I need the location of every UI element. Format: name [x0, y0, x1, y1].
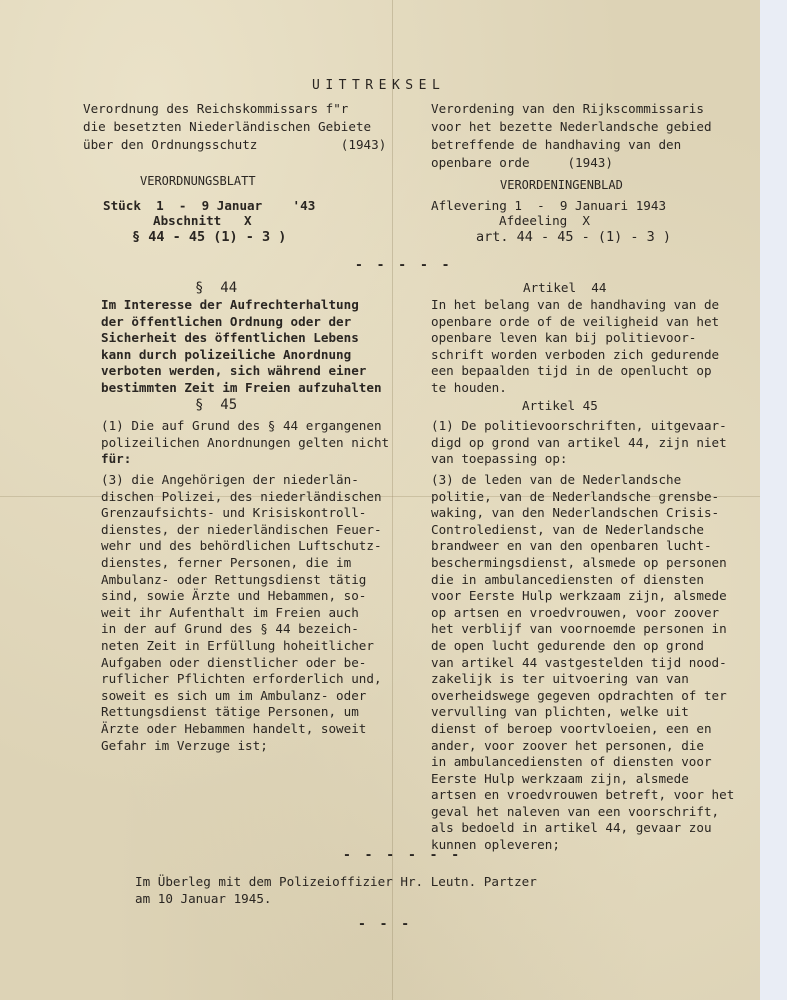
text-line: polizeilichen Anordnungen gelten nicht: [101, 435, 389, 452]
dutch-intro-line: betreffende de handhaving van den: [431, 136, 712, 154]
german-gazette-title: VERORDNUNGSBLATT: [140, 174, 256, 188]
text-line: beschermingsdienst, alsmede op personen: [431, 555, 734, 572]
german-gazette-line: Stück 1 - 9 Januar '43: [103, 198, 315, 213]
german-section45-p3: (3) die Angehörigen der niederlän- disch…: [101, 472, 382, 754]
dutch-gazette-title: VERORDENINGENBLAD: [500, 178, 623, 192]
text-line: van toepassing op:: [431, 451, 727, 468]
text-line: der öffentlichen Ordnung oder der: [101, 314, 382, 331]
text-line: artsen en vroedvrouwen betreft, voor het: [431, 787, 734, 804]
text-line: Grenzaufsichts- und Krisiskontroll-: [101, 505, 382, 522]
dutch-intro: Verordening van den Rijkscommissaris voo…: [431, 100, 712, 172]
text-line: weit ihr Aufenthalt im Freien auch: [101, 605, 382, 622]
text-line: in der auf Grund des § 44 bezeich-: [101, 621, 382, 638]
text-line: de open lucht gedurende den op grond: [431, 638, 734, 655]
text-line: dischen Polizei, des niederländischen: [101, 489, 382, 506]
text-line: bestimmten Zeit im Freien aufzuhalten: [101, 380, 382, 397]
text-line: Ambulanz- oder Rettungsdienst tätig: [101, 572, 382, 589]
text-line: een bepaalden tijd in de openlucht op: [431, 363, 719, 380]
german-section44-text: Im Interesse der Aufrechterhaltung der ö…: [101, 297, 382, 397]
dutch-gazette-line: Afdeeling X: [499, 213, 590, 228]
document-title: UITTREKSEL: [312, 78, 445, 93]
text-line: dienstes, der niederländischen Feuer-: [101, 522, 382, 539]
german-section45-heading: § 45: [195, 397, 237, 413]
text-line: waking, van den Nederlandschen Crisis-: [431, 505, 734, 522]
text-line: digd op grond van artikel 44, zijn niet: [431, 435, 727, 452]
text-line: ander, voor zoover het personen, die: [431, 738, 734, 755]
text-line: (3) die Angehörigen der niederlän-: [101, 472, 382, 489]
german-intro-line: über den Ordnungsschutz (1943): [83, 136, 386, 154]
text-line: Ärzte oder Hebammen handelt, soweit: [101, 721, 382, 738]
footer-note: Im Überleg mit dem Polizeioffizier Hr. L…: [135, 874, 537, 907]
text-line: voor Eerste Hulp werkzaam zijn, alsmede: [431, 588, 734, 605]
text-line: am 10 Januar 1945.: [135, 891, 537, 908]
text-line: Aufgaben oder dienstlicher oder be-: [101, 655, 382, 672]
text-line: overheidswege gegeven opdrachten of ter: [431, 688, 734, 705]
text-line: Gefahr im Verzuge ist;: [101, 738, 382, 755]
german-intro-line: die besetzten Niederländischen Gebiete: [83, 118, 386, 136]
text-line: verboten werden, sich während einer: [101, 363, 382, 380]
dutch-intro-line: openbare orde (1943): [431, 154, 712, 172]
separator-dashes: - - - - - -: [343, 848, 462, 863]
dutch-intro-line: Verordening van den Rijkscommissaris: [431, 100, 712, 118]
german-section45-p1: (1) Die auf Grund des § 44 ergangenen po…: [101, 418, 389, 468]
text-line: op artsen en vroedvrouwen, voor zoover: [431, 605, 734, 622]
dutch-article45-p1: (1) De politievoorschriften, uitgevaar- …: [431, 418, 727, 468]
text-line: Im Überleg mit dem Polizeioffizier Hr. L…: [135, 874, 537, 891]
dutch-gazette-line: Aflevering 1 - 9 Januari 1943: [431, 198, 666, 213]
text-line: brandweer en van den openbaren lucht-: [431, 538, 734, 555]
dutch-article44-heading: Artikel 44: [523, 280, 606, 295]
text-line: Eerste Hulp werkzaam zijn, alsmede: [431, 771, 734, 788]
text-line: van artikel 44 vastgestelden tijd nood-: [431, 655, 734, 672]
german-gazette-line: Abschnitt X: [153, 213, 252, 228]
separator-dashes: - - - - -: [355, 258, 452, 273]
text-line: sind, sowie Ärzte und Hebammen, so-: [101, 588, 382, 605]
text-line: dienst of beroep voortvloeien, een en: [431, 721, 734, 738]
dutch-article45-p3: (3) de leden van de Nederlandsche politi…: [431, 472, 734, 854]
text-line: kunnen opleveren;: [431, 837, 734, 854]
text-line: ruflicher Pflichten erforderlich und,: [101, 671, 382, 688]
text-line: geval het naleven van een voorschrift,: [431, 804, 734, 821]
text-line: in ambulancediensten of diensten voor: [431, 754, 734, 771]
text-line: schrift worden verboden zich gedurende: [431, 347, 719, 364]
text-line: wehr und des behördlichen Luftschutz-: [101, 538, 382, 555]
document-page: UITTREKSEL Verordnung des Reichskommissa…: [0, 0, 760, 1000]
german-section44-heading: § 44: [195, 280, 237, 296]
text-line: zakelijk is ter uitvoering van van: [431, 671, 734, 688]
text-line: Rettungsdienst tätige Personen, um: [101, 704, 382, 721]
german-intro: Verordnung des Reichskommissars f"r die …: [83, 100, 386, 154]
text-line: vervulling van plichten, welke uit: [431, 704, 734, 721]
text-line: die in ambulancediensten of diensten: [431, 572, 734, 589]
text-line: (1) Die auf Grund des § 44 ergangenen: [101, 418, 389, 435]
text-line: In het belang van de handhaving van de: [431, 297, 719, 314]
dutch-gazette-line: art. 44 - 45 - (1) - 3 ): [476, 229, 671, 245]
text-line: als bedoeld in artikel 44, gevaar zou: [431, 820, 734, 837]
text-line: Im Interesse der Aufrechterhaltung: [101, 297, 382, 314]
dutch-article45-heading: Artikel 45: [522, 398, 598, 413]
text-line: openbare leven kan bij politievoor-: [431, 330, 719, 347]
text-line: het verblijf van voornoemde personen in: [431, 621, 734, 638]
text-line: Controledienst, van de Nederlandsche: [431, 522, 734, 539]
text-line: Sicherheit des öffentlichen Lebens: [101, 330, 382, 347]
text-line: (3) de leden van de Nederlandsche: [431, 472, 734, 489]
text-line: (1) De politievoorschriften, uitgevaar-: [431, 418, 727, 435]
dutch-intro-line: voor het bezette Nederlandsche gebied: [431, 118, 712, 136]
text-line: politie, van de Nederlandsche grensbe-: [431, 489, 734, 506]
dutch-article44-text: In het belang van de handhaving van de o…: [431, 297, 719, 397]
text-line: openbare orde of de veiligheid van het: [431, 314, 719, 331]
text-line: kann durch polizeiliche Anordnung: [101, 347, 382, 364]
separator-dashes: - - -: [358, 917, 412, 932]
german-gazette-line: § 44 - 45 (1) - 3 ): [132, 229, 286, 245]
text-line: soweit es sich um im Ambulanz- oder: [101, 688, 382, 705]
text-line: te houden.: [431, 380, 719, 397]
text-line: neten Zeit in Erfüllung hoheitlicher: [101, 638, 382, 655]
text-line: für:: [101, 451, 389, 468]
german-intro-line: Verordnung des Reichskommissars f"r: [83, 100, 386, 118]
text-line: dienstes, ferner Personen, die im: [101, 555, 382, 572]
